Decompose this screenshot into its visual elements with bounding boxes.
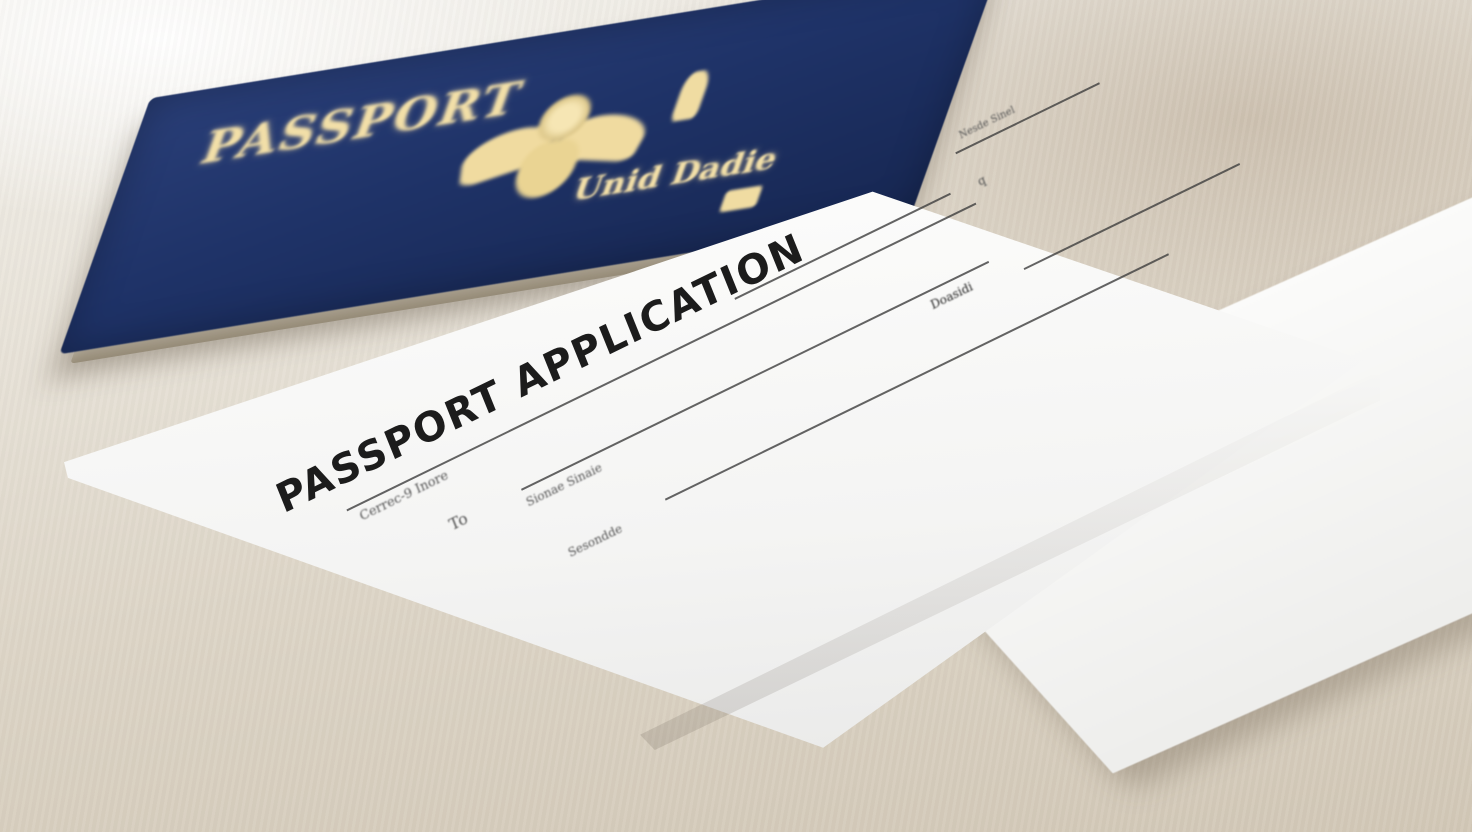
form-label: Doasidi [928,279,974,312]
form-label: Sesondde [566,521,624,560]
form-label: To [446,508,470,534]
form-line [955,82,1099,154]
photo-scene: PASSPORT Unid Dadie PASSPORT APPLICATION… [0,0,1472,832]
form-label: q [976,173,988,189]
form-line [1024,163,1240,270]
